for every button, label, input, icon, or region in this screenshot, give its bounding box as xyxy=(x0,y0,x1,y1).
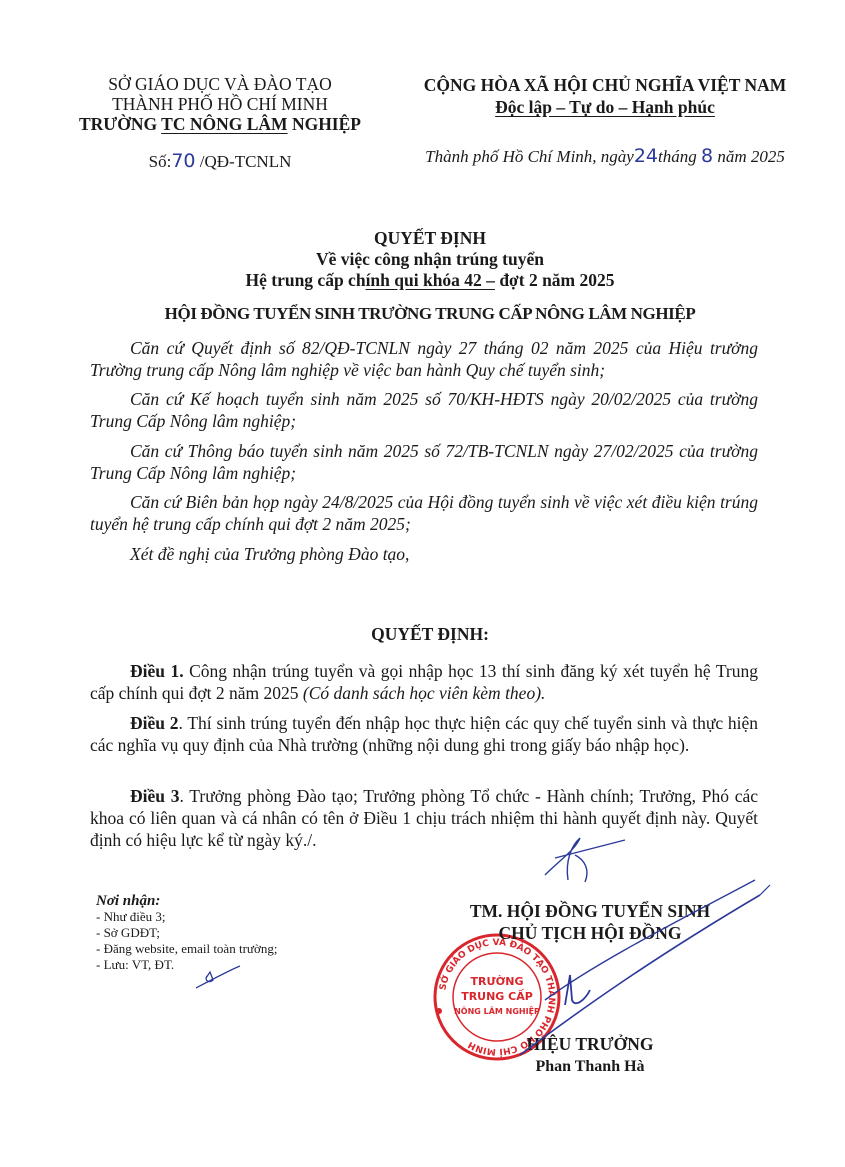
recipient-item: - Sở GDĐT; xyxy=(96,925,416,941)
school-name: TRƯỜNG TC NÔNG LÂM NGHIỆP xyxy=(60,114,380,134)
date-month-label: tháng xyxy=(658,147,701,166)
article-note: (Có danh sách học viên kèm theo). xyxy=(303,683,546,703)
signature-role: CHỦ TỊCH HỘI ĐỒNG xyxy=(420,922,760,944)
article-label: Điều 2 xyxy=(130,713,179,733)
date-year: năm 2025 xyxy=(713,147,785,166)
signature-on-behalf: TM. HỘI ĐỒNG TUYỂN SINH xyxy=(420,900,760,922)
decision-heading: QUYẾT ĐỊNH: xyxy=(100,624,760,645)
date-day-handwritten: 24 xyxy=(634,145,658,167)
article-text: . Trưởng phòng Đào tạo; Trưởng phòng Tổ … xyxy=(90,786,758,850)
signer-title: HIỆU TRƯỞNG xyxy=(420,1034,760,1055)
program-underlined: ính qui khóa 42 – xyxy=(366,270,495,290)
decision-program: Hệ trung cấp chính qui khóa 42 – đợt 2 n… xyxy=(100,270,760,291)
article-2: Điều 2. Thí sinh trúng tuyển đến nhập họ… xyxy=(90,712,758,756)
program-prefix: Hệ trung cấp ch xyxy=(245,270,365,290)
article-1: Điều 1. Công nhận trúng tuyển và gọi nhậ… xyxy=(90,660,758,704)
date-month-handwritten: 8 xyxy=(701,145,713,167)
doc-number-handwritten: 70 xyxy=(171,150,195,172)
city-name: THÀNH PHỐ HỒ CHÍ MINH xyxy=(60,94,380,114)
legal-basis-2: Căn cứ Kế hoạch tuyển sinh năm 2025 số 7… xyxy=(90,388,758,432)
legal-basis-5: Xét đề nghị của Trưởng phòng Đào tạo, xyxy=(90,543,758,565)
article-text: . Thí sinh trúng tuyển đến nhập học thực… xyxy=(90,713,758,755)
recipients-list: Nơi nhận: - Như điều 3; - Sở GDĐT; - Đăn… xyxy=(96,893,416,973)
document-number: Số:70 /QĐ-TCNLN xyxy=(60,150,380,172)
legal-basis-text: Căn cứ Kế hoạch tuyển sinh năm 2025 số 7… xyxy=(90,389,758,431)
department-name: SỞ GIÁO DỤC VÀ ĐÀO TẠO xyxy=(60,74,380,94)
legal-basis-text: Căn cứ Thông báo tuyển sinh năm 2025 số … xyxy=(90,441,758,483)
signature-block: TM. HỘI ĐỒNG TUYỂN SINH CHỦ TỊCH HỘI ĐỒN… xyxy=(420,900,760,944)
decision-subject: Về việc công nhận trúng tuyển xyxy=(100,249,760,270)
date-prefix: Thành phố Hồ Chí Minh, ngày xyxy=(425,147,634,166)
issuing-agency-header: SỞ GIÁO DỤC VÀ ĐÀO TẠO THÀNH PHỐ HỒ CHÍ … xyxy=(60,74,380,134)
school-name-underlined: TC NÔNG LÂM xyxy=(161,114,287,134)
legal-basis-1: Căn cứ Quyết định số 82/QĐ-TCNLN ngày 27… xyxy=(90,337,758,381)
recipients-heading: Nơi nhận: xyxy=(96,893,416,909)
school-name-prefix: TRƯỜNG xyxy=(79,114,161,134)
decision-title-block: QUYẾT ĐỊNH Về việc công nhận trúng tuyển… xyxy=(100,228,760,291)
legal-basis-text: Căn cứ Biên bản họp ngày 24/8/2025 của H… xyxy=(90,492,758,534)
legal-basis-text: Xét đề nghị của Trưởng phòng Đào tạo, xyxy=(130,544,409,564)
doc-number-suffix: /QĐ-TCNLN xyxy=(196,152,292,171)
legal-basis-3: Căn cứ Thông báo tuyển sinh năm 2025 số … xyxy=(90,440,758,484)
legal-basis-text: Căn cứ Quyết định số 82/QĐ-TCNLN ngày 27… xyxy=(90,338,758,380)
signer-name: Phan Thanh Hà xyxy=(420,1058,760,1076)
date-line: Thành phố Hồ Chí Minh, ngày24tháng 8 năm… xyxy=(385,145,825,167)
program-suffix: đợt 2 năm 2025 xyxy=(495,270,615,290)
council-title: HỘI ĐỒNG TUYỂN SINH TRƯỜNG TRUNG CẤP NÔN… xyxy=(60,304,800,324)
article-3: Điều 3. Trưởng phòng Đào tạo; Trưởng phò… xyxy=(90,785,758,851)
stamp-line-2: TRUNG CẤP xyxy=(461,988,533,1003)
article-label: Điều 1. xyxy=(130,661,184,681)
article-label: Điều 3 xyxy=(130,786,180,806)
country-name: CỘNG HÒA XÃ HỘI CHỦ NGHĨA VIỆT NAM xyxy=(395,74,815,96)
school-name-suffix: NGHIỆP xyxy=(288,114,361,134)
doc-number-label: Số: xyxy=(149,152,172,171)
national-header: CỘNG HÒA XÃ HỘI CHỦ NGHĨA VIỆT NAM Độc l… xyxy=(395,74,815,118)
decision-title: QUYẾT ĐỊNH xyxy=(100,228,760,249)
recipient-item: - Đăng website, email toàn trường; xyxy=(96,941,416,957)
stamp-line-1: TRƯỜNG xyxy=(470,975,523,988)
legal-basis-4: Căn cứ Biên bản họp ngày 24/8/2025 của H… xyxy=(90,491,758,535)
recipient-item: - Như điều 3; xyxy=(96,909,416,925)
stamp-line-3: NÔNG LÂM NGHIỆP xyxy=(454,1005,540,1016)
national-motto: Độc lập – Tự do – Hạnh phúc xyxy=(395,96,815,118)
recipient-item: - Lưu: VT, ĐT. xyxy=(96,957,416,973)
